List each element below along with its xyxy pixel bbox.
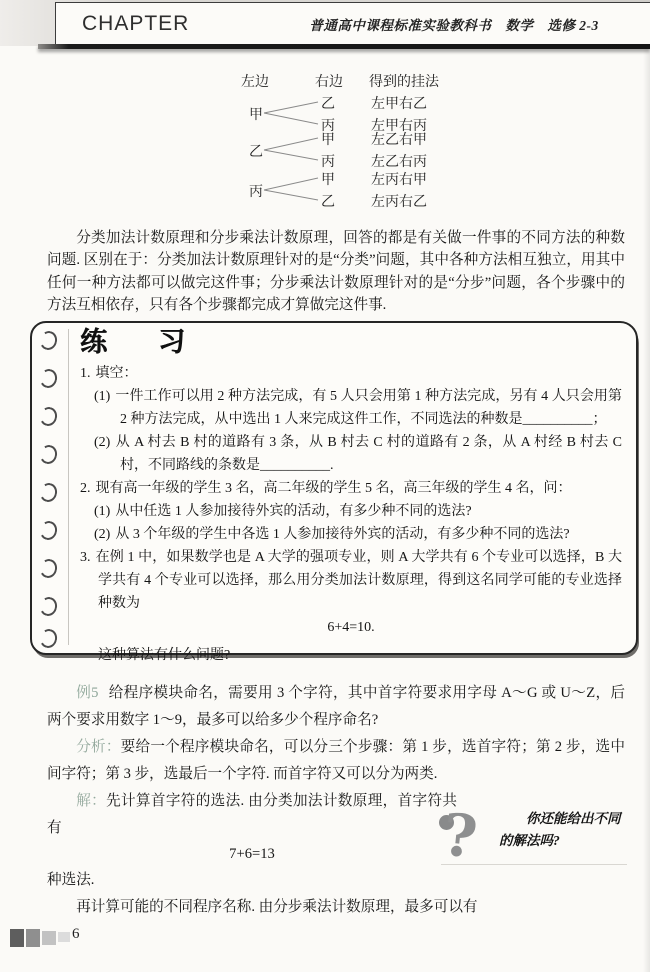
footer-block-icon (26, 929, 40, 947)
item-text: 现有高一年级的学生 3 名，高二年级的学生 5 名，高三年级的学生 4 名，问： (96, 481, 572, 496)
question-mark-icon: ? (443, 808, 495, 886)
item-number: (2) (94, 527, 110, 542)
binder-ring-icon (38, 595, 59, 618)
solution-text-3: 再计算可能的不同程序名称. 由分步乘法计数原理，最多可以有 (47, 894, 625, 921)
binder-ring-icon (38, 627, 59, 650)
margin-note: ? 你还能给出不同的解法吗? (441, 808, 627, 865)
footer-block-icon (58, 932, 70, 942)
practice-content: 练 习 1.填空： (1)一件工作可以用 2 种方法完成，有 5 人只会用第 1… (80, 329, 622, 667)
solution-text-1: 先计算首字符的选法. 由分类加法计数原理，首字符共有 (47, 793, 457, 836)
diagram-node: 乙 (321, 93, 335, 113)
practice-item: 1.填空： (80, 362, 622, 385)
example-label: 例5 (76, 685, 98, 701)
practice-formula: 6+4=10. (80, 616, 622, 640)
analysis-text: 要给一个程序模块命名，可以分三个步骤：第 1 步，选首字符；第 2 步，选中间字… (47, 739, 625, 782)
analysis-label: 分析： (76, 739, 120, 755)
footer-block-icon (42, 931, 56, 945)
practice-subitem: (2)从 A 村去 B 村的道路有 3 条，从 B 村去 C 村的道路有 2 条… (80, 431, 622, 477)
chapter-header: CHAPTER 普通高中课程标准实验教科书 数学 选修 2-3 (55, 2, 650, 45)
page-edge-shading (643, 46, 650, 972)
example-formula: 7+6=13 (47, 842, 467, 867)
practice-subitem: (1)从中任选 1 人参加接待外宾的活动，有多少种不同的选法? (80, 500, 622, 523)
diagram-node: 丙 (249, 181, 263, 201)
item-text: 从 A 村去 B 村的道路有 3 条，从 B 村去 C 村的道路有 2 条，从 … (115, 435, 622, 473)
practice-box: 练 习 1.填空： (1)一件工作可以用 2 种方法完成，有 5 人只会用第 1… (30, 321, 638, 655)
item-text: 从 3 个年级的学生中各选 1 人参加接待外宾的活动，有多少种不同的选法? (115, 527, 569, 542)
practice-margin-divider (68, 329, 69, 645)
practice-title: 练 习 (80, 331, 622, 354)
diagram-result: 左甲右乙 (371, 93, 427, 113)
binder-ring-icon (38, 557, 59, 580)
binder-ring-icon (38, 481, 59, 504)
footer-block-icon (10, 929, 24, 947)
diagram-node: 乙 (249, 141, 263, 161)
diagram-node: 甲 (321, 129, 335, 149)
item-number: (1) (94, 389, 110, 404)
diagram-result: 左丙右甲 (371, 169, 427, 189)
solution-label: 解： (76, 793, 106, 809)
page-number: 6 (72, 926, 80, 943)
item-text: 填空： (96, 366, 138, 381)
practice-item: 2.现有高一年级的学生 3 名，高二年级的学生 5 名，高三年级的学生 4 名，… (80, 477, 622, 500)
item-text: 从中任选 1 人参加接待外宾的活动，有多少种不同的选法? (115, 504, 471, 519)
diagram-result: 左丙右乙 (371, 191, 427, 211)
item-number: (2) (94, 435, 110, 450)
item-text: 一件工作可以用 2 种方法完成，有 5 人只会用第 1 种方法完成，另有 4 人… (115, 389, 622, 427)
binder-ring-icon (38, 443, 59, 466)
example-problem-text: 给程序模块命名，需要用 3 个字符，其中首字符要求用字母 A～G 或 U～Z，后… (47, 685, 625, 728)
diagram-header-result: 得到的挂法 (369, 71, 439, 91)
example-problem: 例5给程序模块命名，需要用 3 个字符，其中首字符要求用字母 A～G 或 U～Z… (47, 680, 625, 734)
practice-item: 3.在例 1 中，如果数学也是 A 大学的强项专业，则 A 大学共有 6 个专业… (80, 546, 622, 615)
binder-ring-icon (38, 329, 59, 352)
footer-decoration (10, 929, 72, 947)
practice-subitem: (1)一件工作可以用 2 种方法完成，有 5 人只会用第 1 种方法完成，另有 … (80, 385, 622, 431)
item-number: 3. (80, 550, 91, 565)
example-analysis: 分析：要给一个程序模块命名，可以分三个步骤：第 1 步，选首字符；第 2 步，选… (47, 734, 625, 788)
chapter-label: CHAPTER (82, 12, 189, 36)
header-rule (38, 44, 650, 49)
binder-ring-icon (38, 405, 59, 428)
diagram-header-right: 右边 (315, 71, 343, 91)
diagram-node: 甲 (321, 169, 335, 189)
diagram-result: 左乙右甲 (371, 129, 427, 149)
diagram-header-left: 左边 (241, 71, 269, 91)
diagram-node: 丙 (321, 151, 335, 171)
diagram-node: 乙 (321, 191, 335, 211)
diagram-node: 甲 (249, 104, 263, 124)
practice-subitem: (2)从 3 个年级的学生中各选 1 人参加接待外宾的活动，有多少种不同的选法? (80, 523, 622, 546)
binder-ring-icon (38, 519, 59, 542)
item-number: 2. (80, 481, 91, 496)
margin-note-text: 你还能给出不同的解法吗? (499, 808, 627, 852)
item-text: 在例 1 中，如果数学也是 A 大学的强项专业，则 A 大学共有 6 个专业可以… (96, 550, 623, 611)
diagram-result: 左乙右丙 (371, 151, 427, 171)
textbook-page: CHAPTER 普通高中课程标准实验教科书 数学 选修 2-3 左边 右边 得到… (0, 0, 650, 972)
item-number: (1) (94, 504, 110, 519)
item-number: 1. (80, 366, 91, 381)
practice-question: 这种算法有什么问题? (98, 644, 622, 667)
binder-ring-icon (38, 367, 59, 390)
intro-paragraph: 分类加法计数原理和分步乘法计数原理，回答的都是有关做一件事的不同方法的种数问题.… (47, 227, 625, 317)
book-title: 普通高中课程标准实验教科书 数学 选修 2-3 (309, 14, 598, 34)
tree-diagram: 左边 右边 得到的挂法 甲 乙 左甲右乙 丙 左甲右丙 乙 甲 左乙右甲 丙 左… (237, 71, 442, 213)
example-section: 例5给程序模块命名，需要用 3 个字符，其中首字符要求用字母 A～G 或 U～Z… (47, 680, 625, 921)
